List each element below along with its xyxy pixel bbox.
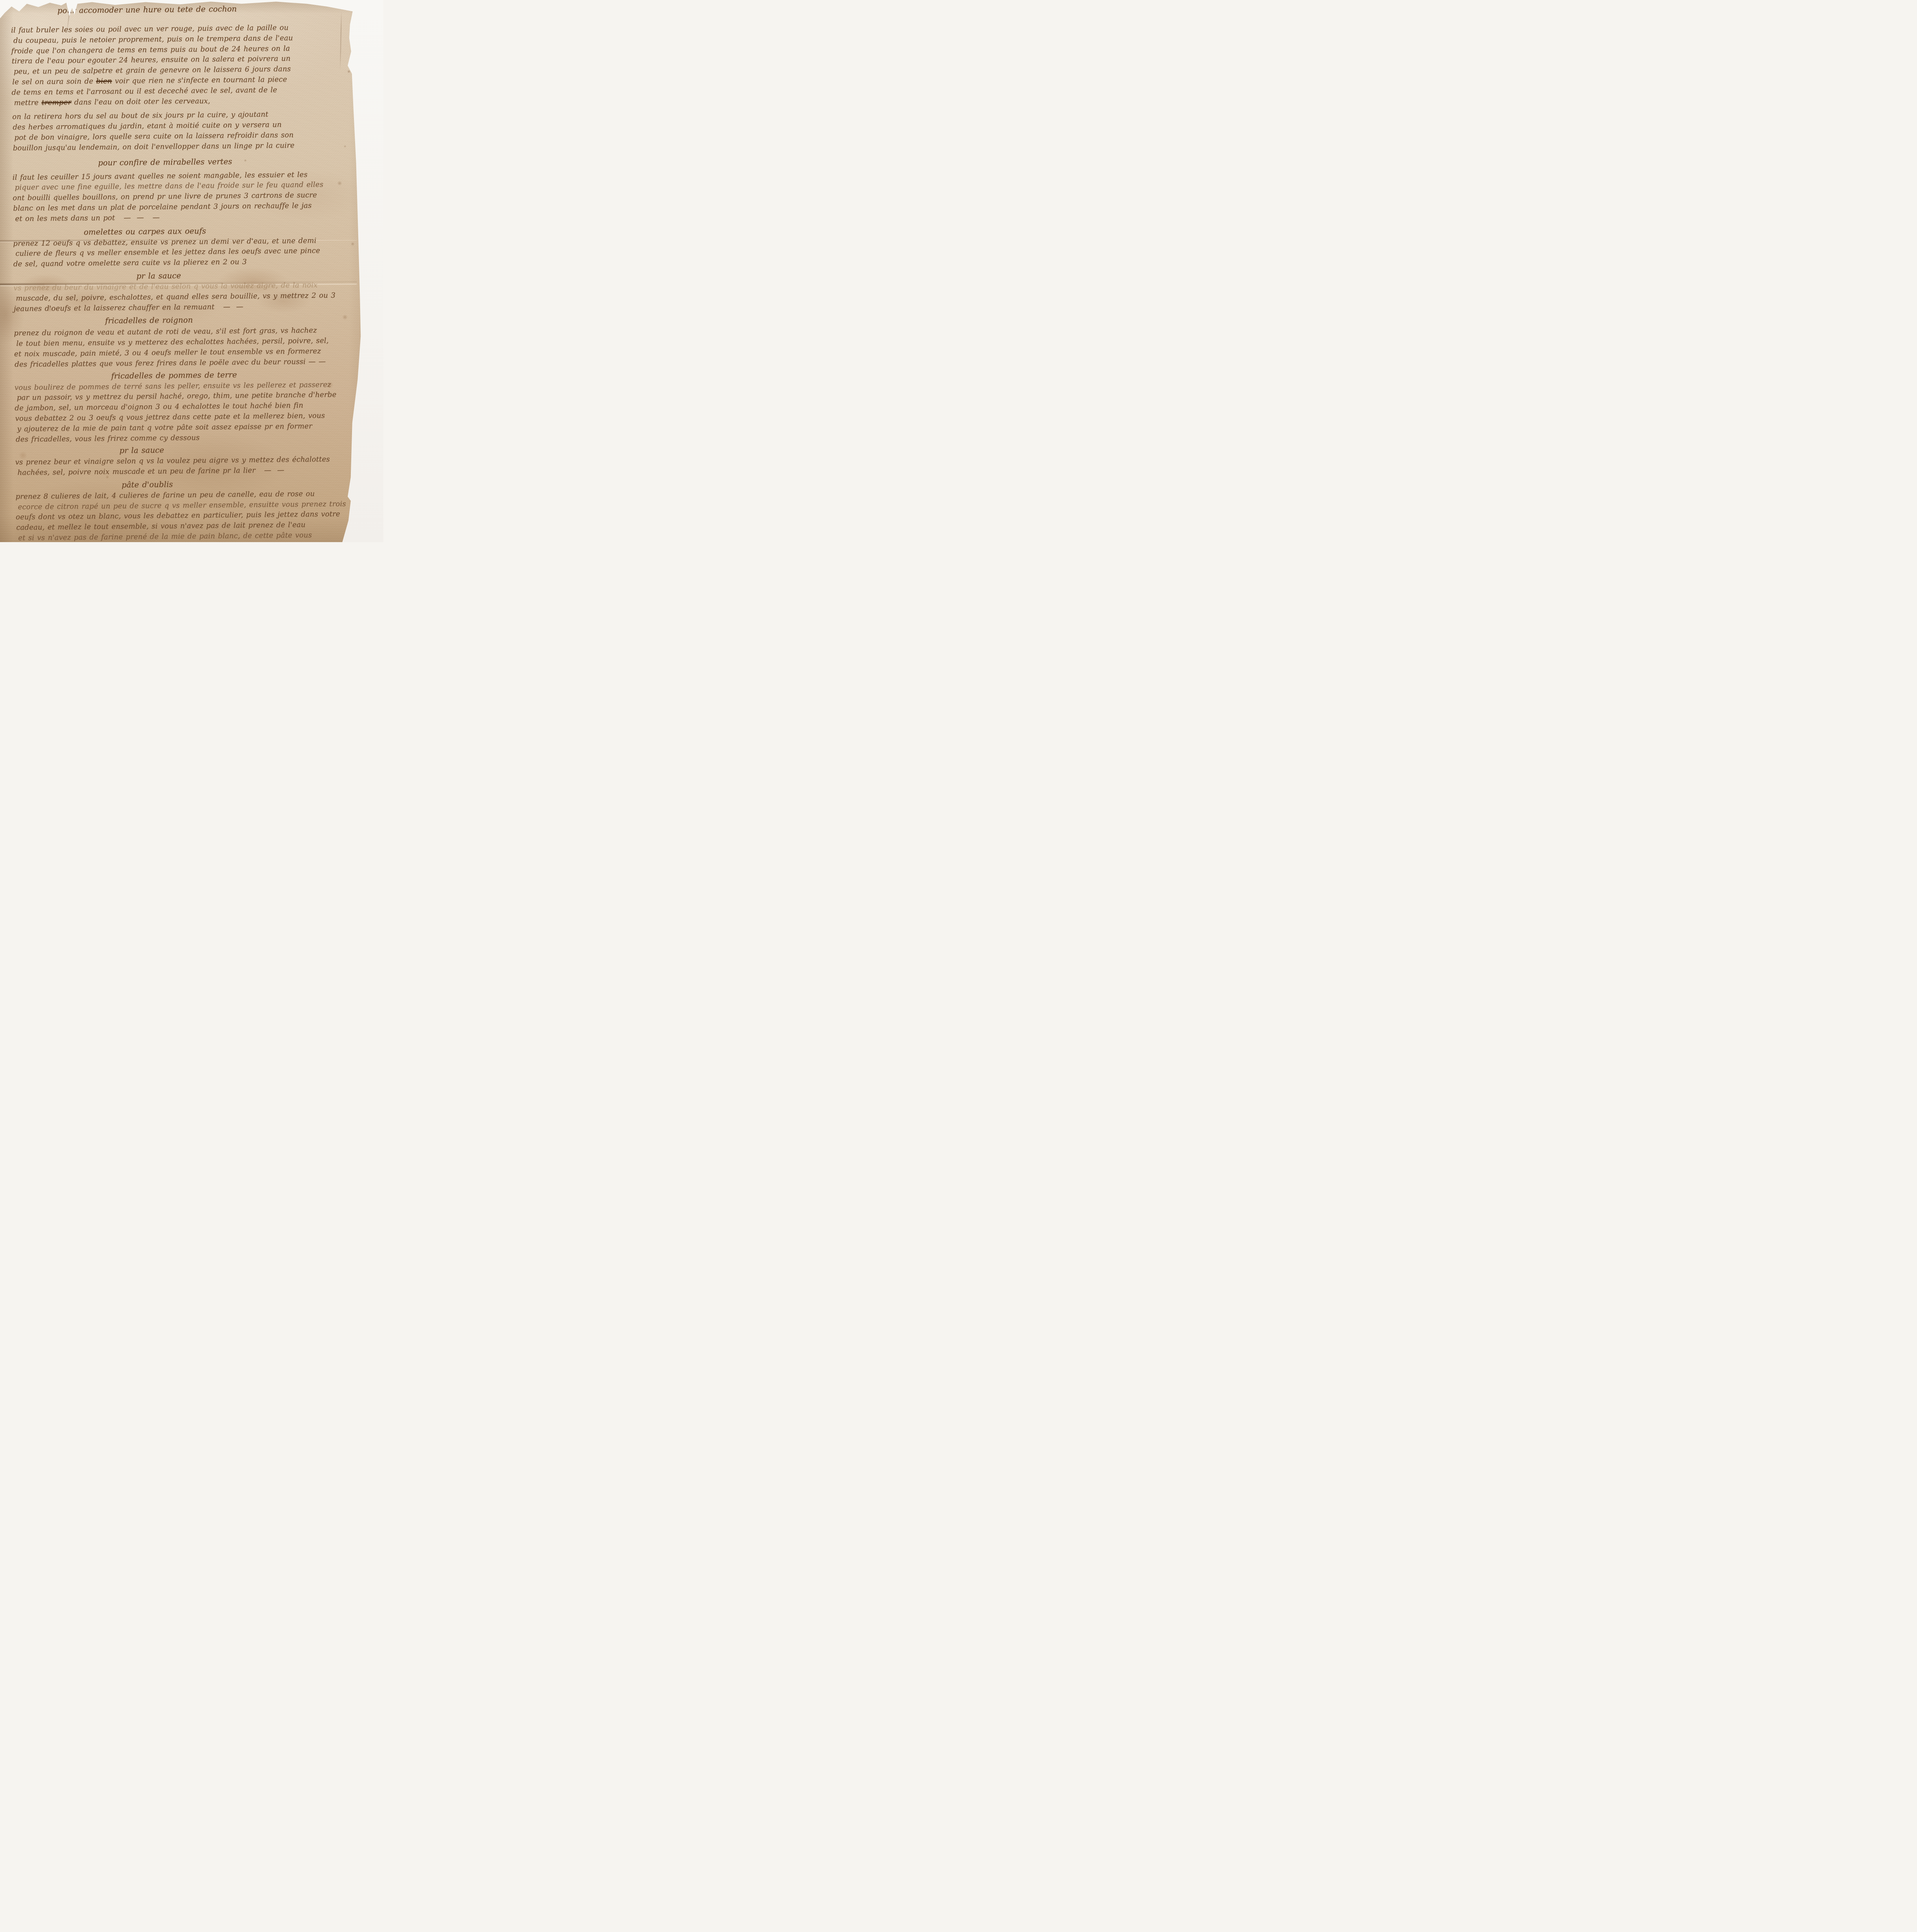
- recipe-section-hure-de-cochon: pour accomoder une hure ou tete de cocho…: [11, 2, 383, 154]
- struck-word: tremper: [41, 98, 71, 107]
- text-fragment: dans l'eau on doit oter les cerveaux,: [71, 97, 210, 106]
- recipe-section-fricadelles-roignon: fricadelles de roignon prenez du roignon…: [14, 312, 383, 370]
- recipe-heading: pour confire de mirabelles vertes: [98, 154, 383, 168]
- recipe-section-fricadelles-pommes-de-terre: fricadelles de pommes de terre vous boul…: [14, 367, 383, 445]
- recipe-section-sauce-omelette: pr la sauce vs prenez du beur du vinaigr…: [13, 268, 383, 315]
- recipe-section-pate-doublis: pâte d'oublis prenez 8 culieres de lait,…: [15, 476, 383, 542]
- text-fragment: voir que rien ne s'infecte en tournant l…: [112, 75, 287, 85]
- recipe-section-omelettes: omelettes ou carpes aux oeufs prenez 12 …: [13, 223, 383, 270]
- recipe-heading: fricadelles de roignon: [105, 312, 383, 327]
- struck-word: bien: [96, 77, 112, 85]
- manuscript-page: pour accomoder une hure ou tete de cocho…: [0, 0, 383, 542]
- text-fragment: mettre: [14, 99, 41, 107]
- recipe-heading: pour accomoder une hure ou tete de cocho…: [57, 2, 383, 17]
- recipe-section-sauce-fricadelles: pr la sauce vs prenez beur et vinaigre s…: [15, 442, 383, 478]
- scanned-manuscript-scene: pour accomoder une hure ou tete de cocho…: [0, 0, 383, 542]
- recipe-section-mirabelles: pour confire de mirabelles vertes il fau…: [12, 154, 383, 224]
- text-fragment: le sel on aura soin de: [12, 77, 96, 86]
- manuscript-text: pour accomoder une hure ou tete de cocho…: [0, 0, 383, 542]
